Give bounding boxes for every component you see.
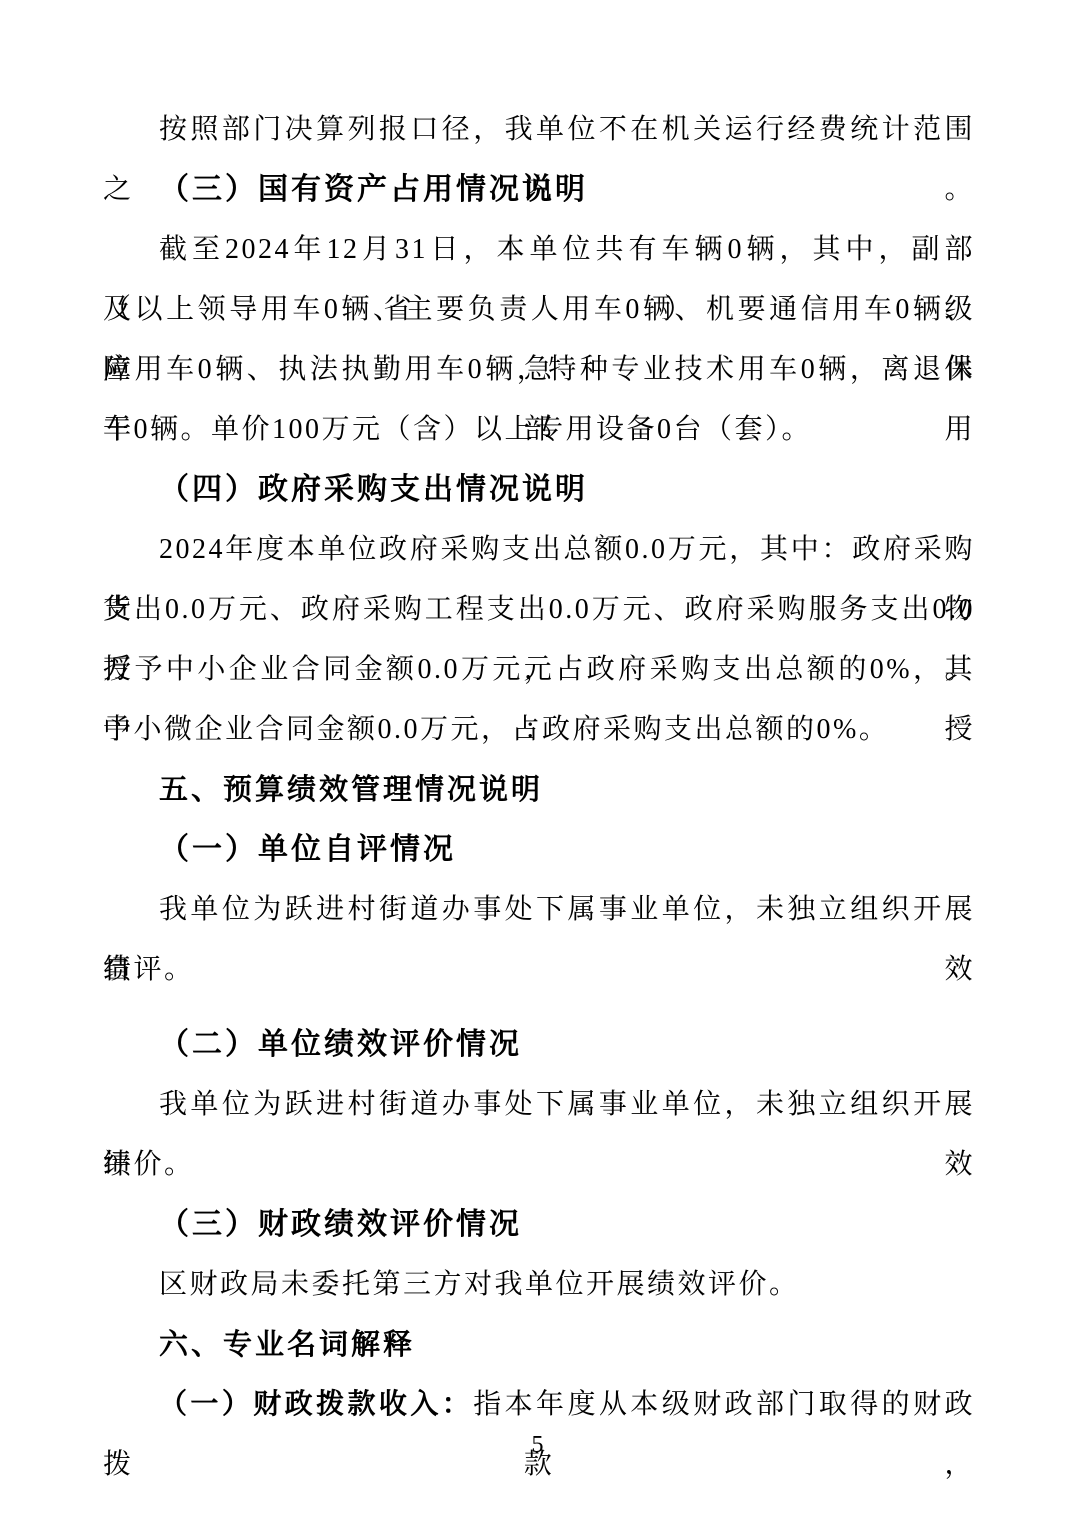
paragraph-line: 区财政局未委托第三方对我单位开展绩效评价。 xyxy=(103,1255,975,1315)
term-label: （一）财政拨款收入： xyxy=(159,1389,473,1420)
chapter-heading-terminology: 六、专业名词解释 xyxy=(103,1315,975,1375)
subsection-heading-unit-performance-evaluation: （二）单位绩效评价情况 xyxy=(103,1015,975,1075)
paragraph-line: 截至2024年12月31日，本单位共有车辆0辆，其中，副部（省）级 xyxy=(103,220,975,280)
document-page: 按照部门决算列报口径，我单位不在机关运行经费统计范围之内。 （三）国有资产占用情… xyxy=(0,0,1075,1520)
chapter-heading-budget-performance: 五、预算绩效管理情况说明 xyxy=(103,760,975,820)
paragraph-line: 我单位为跃进村街道办事处下属事业单位，未独立组织开展绩效 xyxy=(103,880,975,940)
paragraph-line: 及以上领导用车0辆、主要负责人用车0辆、机要通信用车0辆、应急保 xyxy=(103,280,975,340)
page-number: 5 xyxy=(0,1430,1075,1460)
paragraph-line: 2024年度本单位政府采购支出总额0.0万元，其中：政府采购货物 xyxy=(103,520,975,580)
document-content: 按照部门决算列报口径，我单位不在机关运行经费统计范围之内。 （三）国有资产占用情… xyxy=(103,100,975,1435)
paragraph-line: 我单位为跃进村街道办事处下属事业单位，未独立组织开展绩效 xyxy=(103,1075,975,1135)
term-definition-line: （一）财政拨款收入：指本年度从本级财政部门取得的财政拨款， xyxy=(103,1375,975,1435)
paragraph-line: 障用车0辆、执法执勤用车0辆，特种专业技术用车0辆，离退休干部用 xyxy=(103,340,975,400)
paragraph-line: 支出0.0万元、政府采购工程支出0.0万元、政府采购服务支出0.0万元。 xyxy=(103,580,975,640)
section-heading-gov-procurement: （四）政府采购支出情况说明 xyxy=(103,460,975,520)
subsection-heading-fiscal-performance-evaluation: （三）财政绩效评价情况 xyxy=(103,1195,975,1255)
paragraph-line: 授予中小企业合同金额0.0万元，占政府采购支出总额的0%，其中：授 xyxy=(103,640,975,700)
subsection-heading-self-evaluation: （一）单位自评情况 xyxy=(103,820,975,880)
paragraph-line: 按照部门决算列报口径，我单位不在机关运行经费统计范围之内。 xyxy=(103,100,975,160)
paragraph-line: 予小微企业合同金额0.0万元，占政府采购支出总额的0%。 xyxy=(103,700,975,760)
